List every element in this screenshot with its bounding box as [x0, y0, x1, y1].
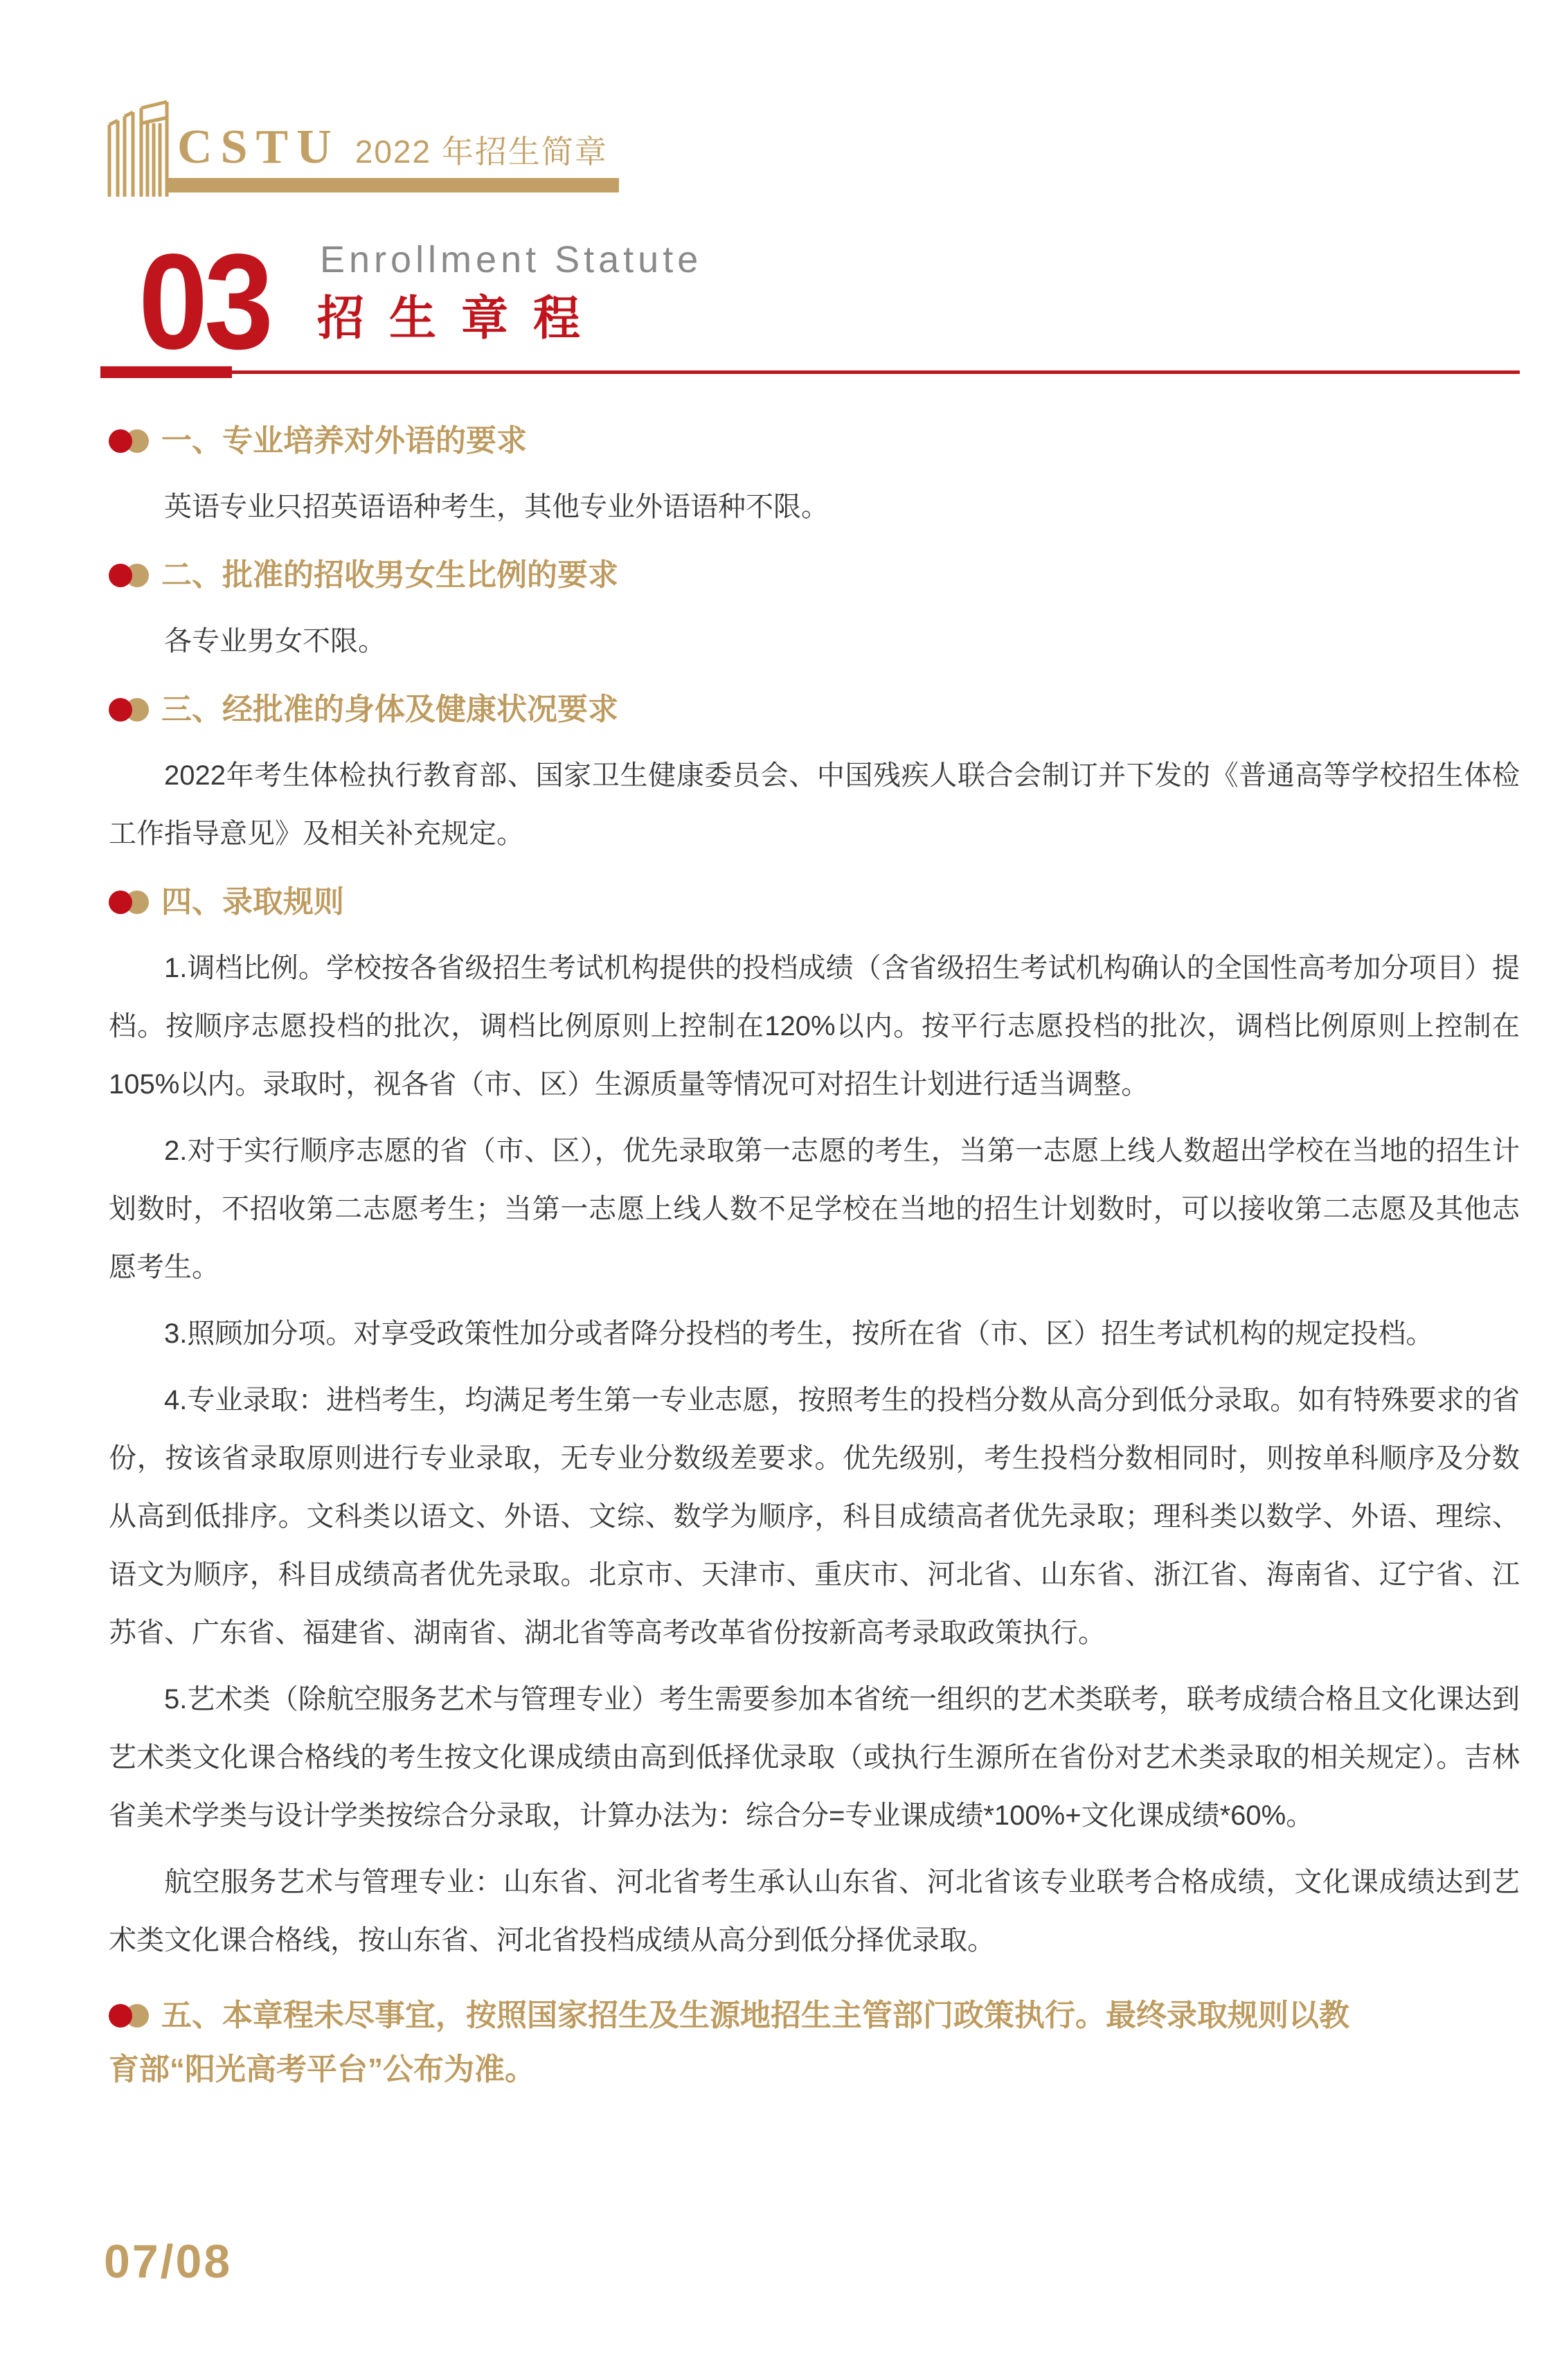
- red-dot-icon: [109, 564, 132, 587]
- dual-dot-bullet-icon: [109, 697, 149, 722]
- section-heading-text: 三、经批准的身体及健康状况要求: [161, 692, 618, 726]
- paragraph: 3.照顾加分项。对享受政策性加分或者降分投档的考生，按所在省（市、区）招生考试机…: [109, 1305, 1520, 1363]
- paragraph: 1.调档比例。学校按各省级招生考试机构提供的投档成绩（含省级招生考试机构确认的全…: [109, 939, 1520, 1113]
- paragraph: 各专业男女不限。: [109, 612, 1520, 670]
- section-gender-ratio: 二、批准的招收男女生比例的要求 各专业男女不限。: [109, 555, 1520, 670]
- brand-subtitle: 2022 年招生简章: [355, 136, 608, 168]
- section-heading: 一、专业培养对外语的要求: [109, 421, 1520, 461]
- statute-content: 一、专业培养对外语的要求 英语专业只招英语语种考生，其他专业外语语种不限。 二、…: [109, 421, 1520, 2116]
- dual-dot-bullet-icon: [109, 2003, 149, 2028]
- section-heading-text: 四、录取规则: [161, 885, 344, 919]
- section-heading-text: 二、批准的招收男女生比例的要求: [161, 558, 618, 592]
- chapter-title-en: Enrollment Statute: [320, 241, 702, 278]
- section-health-requirement: 三、经批准的身体及健康状况要求 2022年考生体检执行教育部、国家卫生健康委员会…: [109, 690, 1520, 863]
- divider-thin-line: [232, 370, 1520, 374]
- chapter-number: 03: [138, 234, 270, 370]
- brand-title: CSTU 2022 年招生简章: [177, 123, 608, 172]
- section-heading: 五、本章程未尽事宜，按照国家招生及生源地招生主管部门政策执行。最终录取规则以教育…: [109, 1989, 1369, 2097]
- brand-name: CSTU: [177, 123, 340, 172]
- dual-dot-bullet-icon: [109, 890, 149, 915]
- section-heading: 二、批准的招收男女生比例的要求: [109, 555, 1520, 596]
- section-heading: 四、录取规则: [109, 882, 1520, 922]
- paragraph: 4.专业录取：进档考生，均满足考生第一专业志愿，按照考生的投档分数从高分到低分录…: [109, 1371, 1520, 1662]
- dual-dot-bullet-icon: [109, 429, 149, 454]
- chapter-title-zh: 招生章程: [317, 295, 605, 342]
- red-dot-icon: [109, 2004, 132, 2028]
- section-miscellaneous-policy: 五、本章程未尽事宜，按照国家招生及生源地招生主管部门政策执行。最终录取规则以教育…: [109, 1989, 1520, 2097]
- section-heading-text: 一、专业培养对外语的要求: [161, 424, 527, 458]
- red-dot-icon: [109, 429, 132, 453]
- divider-thick-segment: [100, 366, 232, 378]
- paragraph: 5.艺术类（除航空服务艺术与管理专业）考生需要参加本省统一组织的艺术类联考，联考…: [109, 1670, 1520, 1845]
- chapter-divider-rule: [100, 366, 1520, 378]
- paragraph: 2.对于实行顺序志愿的省（市、区），优先录取第一志愿的考生，当第一志愿上线人数超…: [109, 1122, 1520, 1296]
- red-dot-icon: [109, 698, 132, 722]
- page-number: 07/08: [104, 2238, 232, 2285]
- paragraph: 2022年考生体检执行教育部、国家卫生健康委员会、中国残疾人联合会制订并下发的《…: [109, 746, 1520, 863]
- section-foreign-language-requirement: 一、专业培养对外语的要求 英语专业只招英语语种考生，其他专业外语语种不限。: [109, 421, 1520, 536]
- section-admission-rules: 四、录取规则 1.调档比例。学校按各省级招生考试机构提供的投档成绩（含省级招生考…: [109, 882, 1520, 1969]
- dual-dot-bullet-icon: [109, 563, 149, 588]
- section-heading-text: 五、本章程未尽事宜，按照国家招生及生源地招生主管部门政策执行。最终录取规则以教育…: [109, 1998, 1349, 2086]
- buildings-logo-icon: [104, 100, 170, 197]
- section-heading: 三、经批准的身体及健康状况要求: [109, 690, 1520, 730]
- paragraph: 英语专业只招英语语种考生，其他专业外语语种不限。: [109, 478, 1520, 536]
- brand-underline-bar: [168, 178, 619, 193]
- paragraph: 航空服务艺术与管理专业：山东省、河北省考生承认山东省、河北省该专业联考合格成绩，…: [109, 1853, 1520, 1969]
- red-dot-icon: [109, 891, 132, 914]
